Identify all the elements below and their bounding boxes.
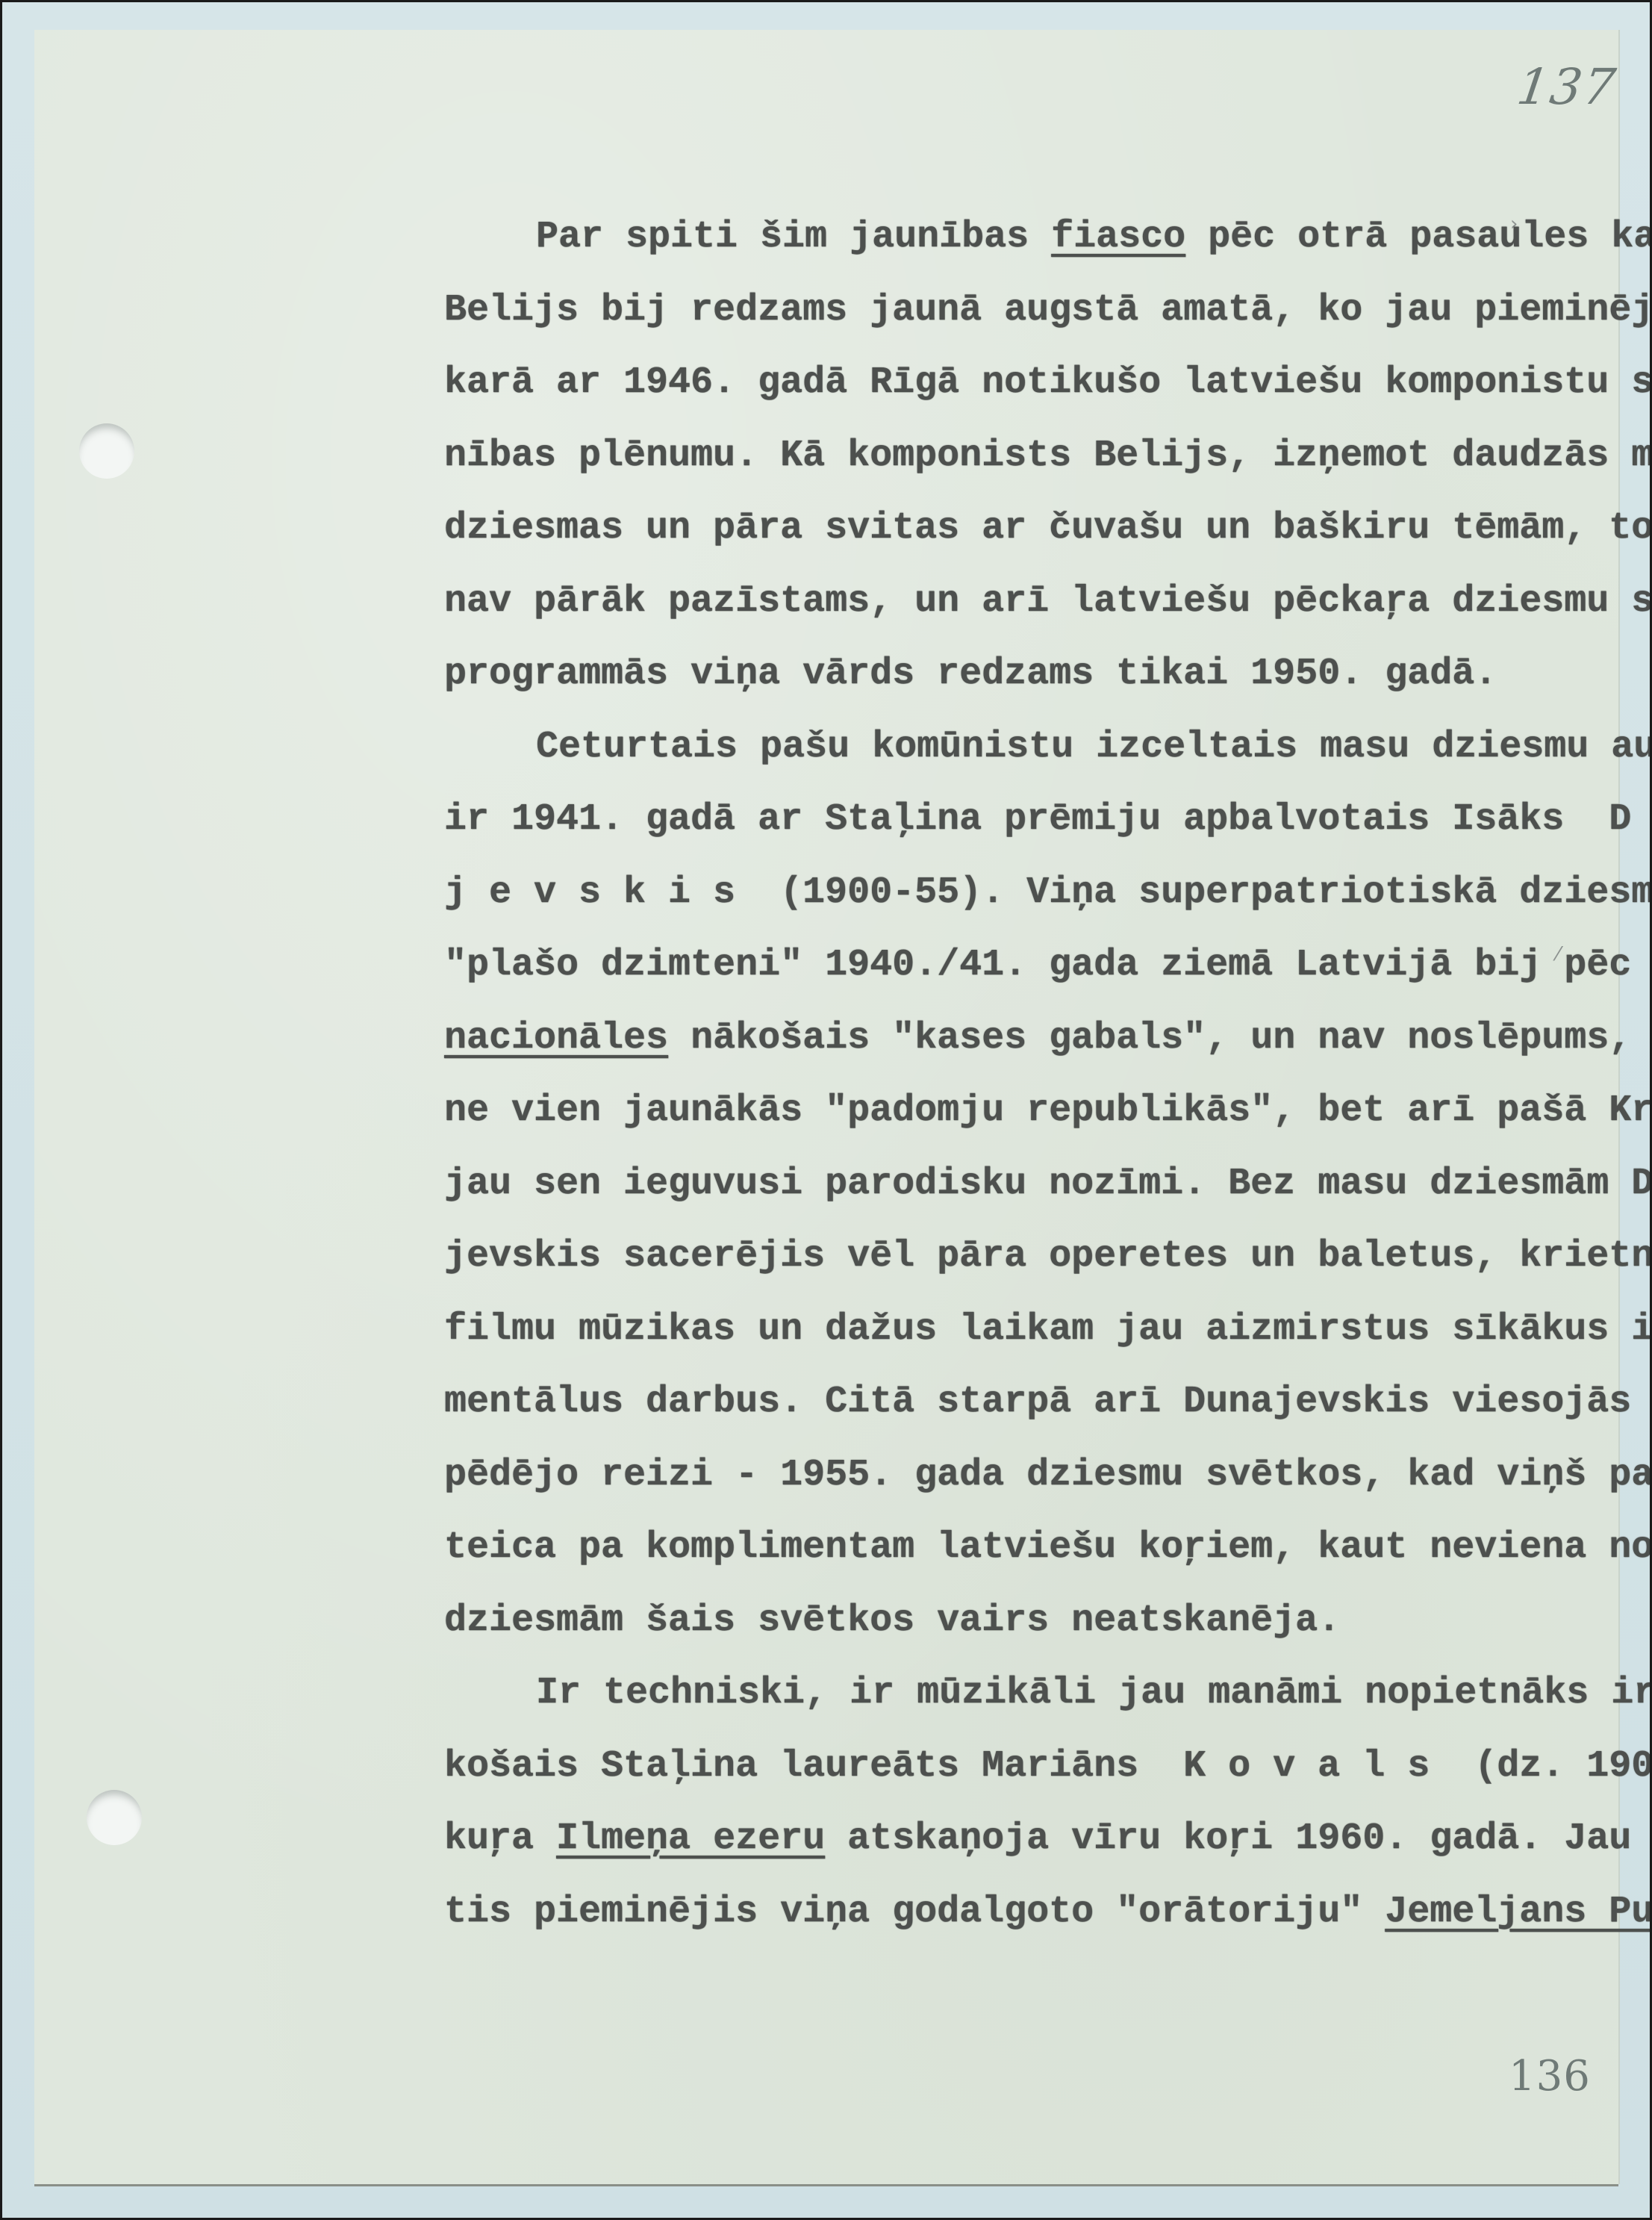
punch-hole-bottom bbox=[87, 1790, 142, 1845]
text-line: tis pieminējis viņa godalgoto "orātoriju… bbox=[444, 1876, 1609, 1949]
typescript-body: Par spiti šim jaunības fiasco pēc otrā p… bbox=[444, 201, 1609, 1948]
text-segment: nav pārāk pazīstams, un arī latviešu pēc… bbox=[444, 580, 1652, 623]
text-segment: atskaņoja vīru koŗi 1960. gadā. Jau Zāli… bbox=[825, 1818, 1652, 1860]
spaced-name: Duna- bbox=[1609, 798, 1652, 841]
text-line: ir 1941. gadā ar Staļina prēmiju apbalvo… bbox=[444, 783, 1609, 856]
underlined-title: nacionāles bbox=[444, 1017, 668, 1060]
text-line: filmu mūzikas un dažus laikam jau aizmir… bbox=[444, 1293, 1609, 1366]
text-segment: dziesmām šais svētkos vairs neatskanēja. bbox=[444, 1599, 1340, 1642]
text-line: nacionāles nākošais "kases gabals", un n… bbox=[444, 1002, 1609, 1075]
text-segment: filmu mūzikas un dažus laikam jau aizmir… bbox=[444, 1308, 1652, 1351]
text-line: mentālus darbus. Citā starpā arī Dunajev… bbox=[444, 1366, 1609, 1439]
text-segment: (dz. 1907), bbox=[1452, 1745, 1652, 1788]
text-segment: nības plēnumu. Kā komponists Belijs, izņ… bbox=[444, 435, 1652, 477]
text-segment: "plašo dzimteni" 1940./41. gada ziemā La… bbox=[444, 944, 1652, 986]
text-line: karā ar 1946. gadā Rīgā notikušo latvieš… bbox=[444, 346, 1609, 420]
text-line: košais Staļina laureāts Mariāns Kovals (… bbox=[444, 1730, 1609, 1803]
text-segment: karā ar 1946. gadā Rīgā notikušo latvieš… bbox=[444, 361, 1652, 404]
text-segment: Belijs bij redzams jaunā augstā amatā, k… bbox=[444, 289, 1652, 332]
folio-number-bottom: 136 bbox=[1509, 2052, 1591, 2101]
text-segment: pēdējo reizi - 1955. gada dziesmu svētko… bbox=[444, 1454, 1652, 1496]
text-segment: jau sen ieguvusi parodisku nozīmi. Bez m… bbox=[444, 1163, 1652, 1205]
text-line: teica pa komplimentam latviešu koŗiem, k… bbox=[444, 1511, 1609, 1585]
text-segment: pēc otrā pasaules kaŗa bbox=[1185, 216, 1652, 258]
text-segment: teica pa komplimentam latviešu koŗiem, k… bbox=[444, 1526, 1652, 1569]
underlined-title: Ilmeņa ezeru bbox=[556, 1818, 825, 1860]
text-line: jevskis (1900-55). Viņa superpatriotiskā… bbox=[444, 856, 1609, 930]
text-segment: ne vien jaunākās "padomju republikās", b… bbox=[444, 1089, 1652, 1132]
text-line: pēdējo reizi - 1955. gada dziesmu svētko… bbox=[444, 1439, 1609, 1512]
text-segment: (1900-55). Viņa superpatriotiskā dziesma… bbox=[758, 871, 1652, 914]
text-line: nav pārāk pazīstams, un arī latviešu pēc… bbox=[444, 565, 1609, 638]
text-segment: programmās viņa vārds redzams tikai 1950… bbox=[444, 653, 1497, 695]
text-segment: Par spiti šim jaunības bbox=[536, 216, 1051, 258]
text-line: Belijs bij redzams jaunā augstā amatā, k… bbox=[444, 274, 1609, 347]
text-segment: Ceturtais pašu komūnistu izceltais masu … bbox=[536, 726, 1652, 768]
text-line: Ir techniski, ir mūzikāli jau manāmi nop… bbox=[444, 1657, 1609, 1730]
text-line: dziesmām šais svētkos vairs neatskanēja. bbox=[444, 1585, 1609, 1658]
text-segment: dziesmas un pāra svitas ar čuvašu un baš… bbox=[444, 507, 1652, 550]
text-line: "plašo dzimteni" 1940./41. gada ziemā La… bbox=[444, 929, 1609, 1002]
text-line: kuŗa Ilmeņa ezeru atskaņoja vīru koŗi 19… bbox=[444, 1803, 1609, 1876]
punch-hole-top bbox=[79, 423, 134, 479]
text-segment: košais Staļina laureāts Mariāns bbox=[444, 1745, 1183, 1788]
text-line: Par spiti šim jaunības fiasco pēc otrā p… bbox=[444, 201, 1609, 274]
spaced-name: Kovals bbox=[1183, 1745, 1452, 1788]
text-segment: mentālus darbus. Citā starpā arī Dunajev… bbox=[444, 1381, 1652, 1423]
text-segment: Ir techniski, ir mūzikāli jau manāmi nop… bbox=[536, 1672, 1652, 1714]
text-line: dziesmas un pāra svitas ar čuvašu un baš… bbox=[444, 492, 1609, 565]
underlined-title: Jemeljans Pugačovs bbox=[1385, 1891, 1652, 1933]
text-segment: ir 1941. gadā ar Staļina prēmiju apbalvo… bbox=[444, 798, 1609, 841]
text-line: jevskis sacerējis vēl pāra operetes un b… bbox=[444, 1220, 1609, 1293]
text-line: nības plēnumu. Kā komponists Belijs, izņ… bbox=[444, 420, 1609, 493]
text-line: ne vien jaunākās "padomju republikās", b… bbox=[444, 1075, 1609, 1148]
spaced-name: jevskis bbox=[444, 871, 758, 914]
text-segment: jevskis sacerējis vēl pāra operetes un b… bbox=[444, 1235, 1652, 1278]
folio-number-top: 137 bbox=[1514, 58, 1621, 116]
text-line: jau sen ieguvusi parodisku nozīmi. Bez m… bbox=[444, 1148, 1609, 1221]
text-line: Ceturtais pašu komūnistu izceltais masu … bbox=[444, 711, 1609, 784]
text-segment: tis pieminējis viņa godalgoto "orātoriju… bbox=[444, 1891, 1385, 1933]
text-line: programmās viņa vārds redzams tikai 1950… bbox=[444, 638, 1609, 711]
text-segment: kuŗa bbox=[444, 1818, 556, 1860]
text-segment: nākošais "kases gabals", un nav noslēpum… bbox=[668, 1017, 1652, 1060]
underlined-title: fiasco bbox=[1051, 216, 1185, 258]
